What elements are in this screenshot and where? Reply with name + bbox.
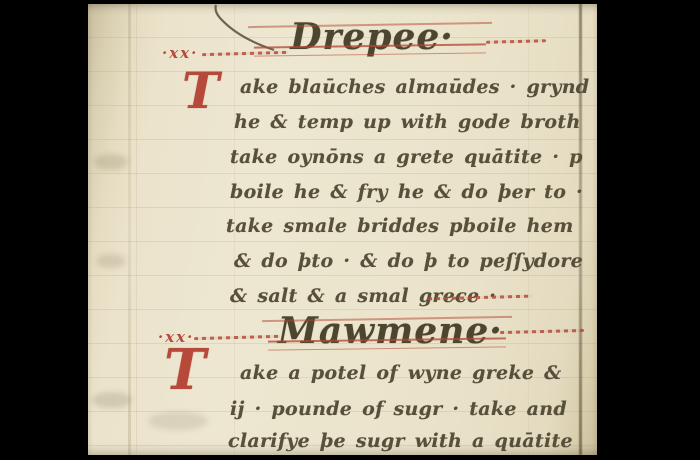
margin-numeral: ·xx· [162, 44, 198, 62]
rubric-squiggle [486, 39, 546, 44]
show-through-smudge [96, 254, 126, 268]
recipe-heading-mawmene: Mawmene· [278, 310, 500, 352]
rubric-squiggle [500, 329, 584, 334]
page-fold [128, 4, 131, 455]
manuscript-line: he & temp up with gode broth [234, 111, 581, 133]
rubricated-initial: T [182, 66, 219, 116]
letterbox-left [0, 0, 88, 460]
show-through-smudge [94, 154, 128, 170]
recipe-heading-drepee: Drepee· [264, 16, 480, 58]
rubric-squiggle [194, 335, 280, 340]
manuscript-line: clarifye þe sugr with a quātite [228, 430, 573, 452]
page-edge-shadow [579, 4, 582, 455]
rubricated-initial: T [164, 342, 206, 398]
show-through-smudge [148, 412, 208, 430]
manuscript-line: ake a potel of wyne greke & [240, 362, 562, 384]
manuscript-line: boile he & fry he & do þer to · [230, 181, 583, 203]
letterbox-right [597, 0, 700, 460]
manuscript-page: ·xx· Drepee· T ake blaūches almaūdes · g… [88, 4, 597, 455]
show-through-smudge [92, 392, 132, 408]
manuscript-line: ake blaūches almaūdes · grynd [240, 76, 589, 98]
manuscript-line: take oynōns a grete quātite · p [230, 146, 583, 168]
manuscript-line: & do þto · & do þ to peſſydore [234, 250, 583, 272]
manuscript-line: ij · pounde of sugr · take and [230, 398, 567, 420]
manuscript-line: take smale briddes pboile hem [226, 215, 574, 237]
ruling-line-vertical [136, 4, 137, 455]
manuscript-photo: ·xx· Drepee· T ake blaūches almaūdes · g… [0, 0, 700, 460]
